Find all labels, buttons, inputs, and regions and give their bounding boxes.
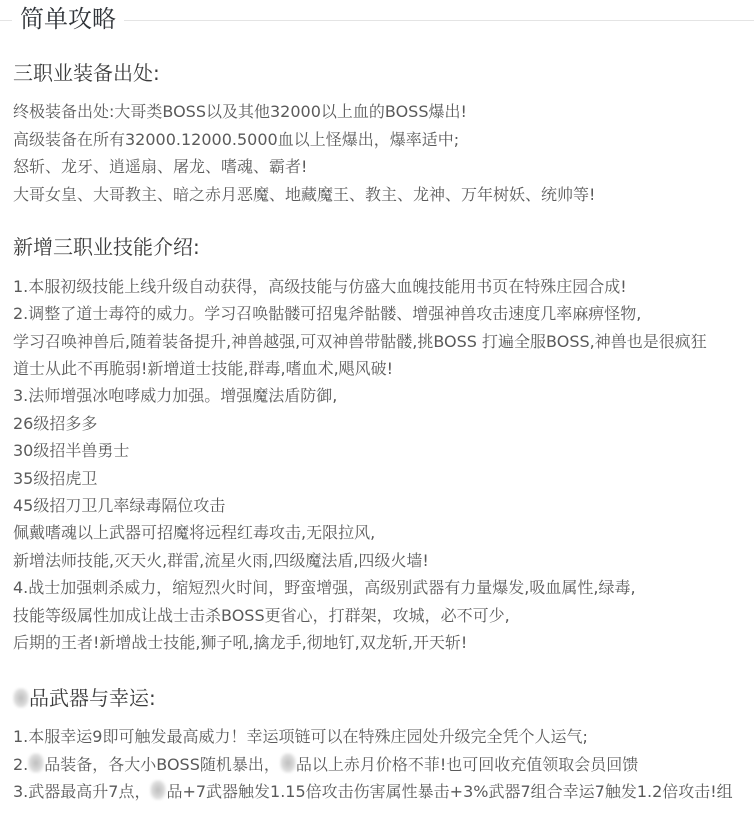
paragraph-line: 道士从此不再脆弱!新增道士技能,群毒,嗜血术,飓风破! bbox=[13, 357, 393, 381]
paragraph-line: 1.本服初级技能上线升级自动获得，高级技能与仿盛大血魄技能用书页在特殊庄园合成! bbox=[13, 275, 627, 299]
paragraph-line: 26级招多多 bbox=[13, 412, 97, 436]
blurred-character bbox=[150, 780, 166, 800]
paragraph-line: 新增法师技能,灭天火,群雷,流星火雨,四级魔法盾,四级火墙! bbox=[13, 549, 429, 573]
line-text: 1.本服幸运9即可触发最高威力！幸运项链可以在特殊庄园处升级完全凭个人运气; bbox=[13, 727, 588, 746]
line-text: 品装备，各大小BOSS随机暴出， bbox=[44, 755, 280, 774]
paragraph-line: 终极装备出处:大哥类BOSS以及其他32000以上血的BOSS爆出! bbox=[13, 100, 467, 124]
blurred-character bbox=[280, 753, 296, 773]
paragraph-line: 3.法师增强冰咆哮威力加强。增强魔法盾防御, bbox=[13, 384, 337, 408]
blurred-character bbox=[13, 688, 29, 708]
line-text: 2. bbox=[13, 755, 28, 774]
heading-text: 品武器与幸运: bbox=[29, 686, 156, 710]
section-title-bar: 简单攻略 bbox=[0, 0, 754, 40]
paragraph-line: 2.品装备，各大小BOSS随机暴出，品以上赤月价格不菲!也可回收充值领取会员回馈 bbox=[13, 753, 638, 777]
paragraph-line: 怒斩、龙牙、逍遥扇、屠龙、嗜魂、霸者! bbox=[13, 155, 307, 179]
paragraph-line: 1.本服幸运9即可触发最高威力！幸运项链可以在特殊庄园处升级完全凭个人运气; bbox=[13, 725, 588, 749]
paragraph-line: 35级招虎卫 bbox=[13, 467, 97, 491]
heading-skills-intro: 新增三职业技能介绍: bbox=[13, 233, 200, 261]
paragraph-line: 大哥女皇、大哥教主、暗之赤月恶魔、地藏魔王、教主、龙神、万年树妖、统帅等! bbox=[13, 183, 595, 207]
paragraph-line: 45级招刀卫几率绿毒隔位攻击 bbox=[13, 494, 225, 518]
line-text: 品+7武器触发1.15倍攻击伤害属性暴击+3%武器7组合幸运7触发1.2倍攻击!… bbox=[166, 782, 732, 801]
paragraph-line: 佩戴嗜魂以上武器可招魔将远程红毒攻击,无限拉风, bbox=[13, 521, 375, 545]
line-text: 品以上赤月价格不菲!也可回收充值领取会员回馈 bbox=[296, 755, 638, 774]
blurred-character bbox=[28, 753, 44, 773]
paragraph-line: 4.战士加强刺杀威力，缩短烈火时间，野蛮增强，高级别武器有力量爆发,吸血属性,绿… bbox=[13, 576, 636, 600]
heading-equipment-source: 三职业装备出处: bbox=[13, 59, 160, 87]
paragraph-line: 2.调整了道士毒符的威力。学习召唤骷髅可招鬼斧骷髅、增强神兽攻击速度几率麻痹怪物… bbox=[13, 302, 641, 326]
paragraph-line: 高级装备在所有32000.12000.5000血以上怪爆出，爆率适中; bbox=[13, 128, 459, 152]
paragraph-line: 技能等级属性加成让战士击杀BOSS更省心，打群架，攻城，必不可少, bbox=[13, 604, 510, 628]
page-title: 简单攻略 bbox=[12, 3, 124, 35]
line-text: 3.武器最高升7点， bbox=[13, 782, 150, 801]
paragraph-line: 后期的王者!新增战士技能,狮子吼,擒龙手,彻地钉,双龙斩,开天斩! bbox=[13, 631, 467, 655]
heading-weapons-luck: 品武器与幸运: bbox=[13, 684, 156, 712]
paragraph-line: 3.武器最高升7点，品+7武器触发1.15倍攻击伤害属性暴击+3%武器7组合幸运… bbox=[13, 780, 733, 804]
paragraph-line: 学习召唤神兽后,随着装备提升,神兽越强,可双神兽带骷髅,挑BOSS 打遍全服BO… bbox=[13, 330, 707, 354]
paragraph-line: 30级招半兽勇士 bbox=[13, 439, 129, 463]
